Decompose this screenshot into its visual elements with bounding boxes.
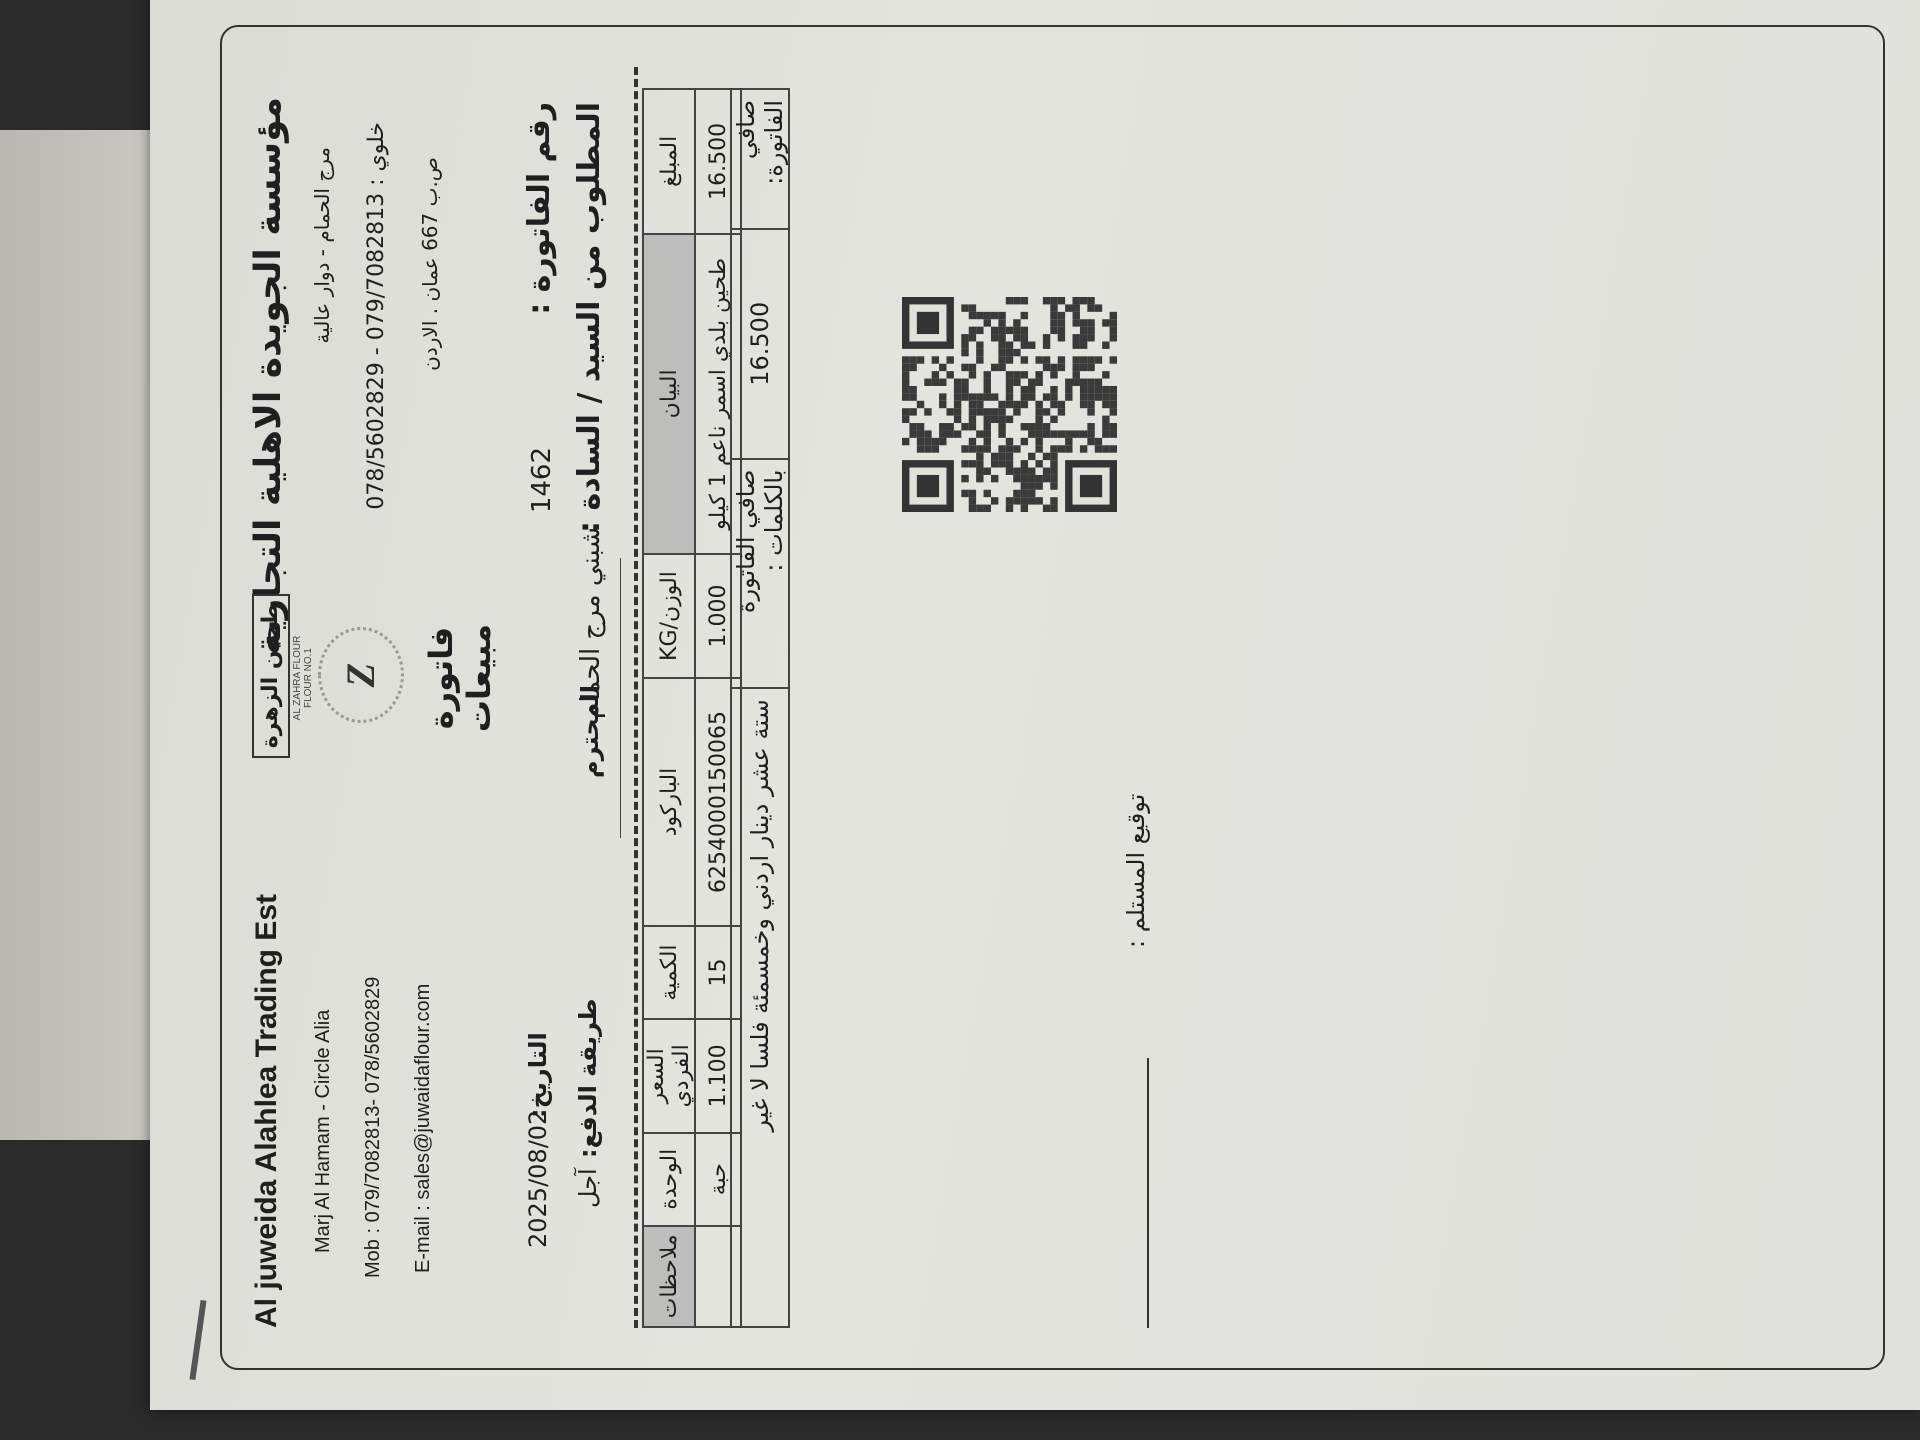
col-notes: ملاحظات xyxy=(643,1226,695,1327)
net-total: 16.500 xyxy=(731,229,789,459)
payment-method-label: طريقة الدفع: xyxy=(574,998,602,1158)
company-email-en: E-mail : sales@juwaidaflour.com xyxy=(412,984,435,1273)
col-unit-price: السعر الفردي xyxy=(643,1019,695,1133)
invoice-date: 2025/08/02 xyxy=(524,1110,552,1248)
logo-brand-en-text: AL ZAHRA FLOUR xyxy=(292,636,303,721)
company-name-ar: مؤسسة الجويدة الاهلية التجارية xyxy=(248,97,289,655)
col-barcode: الباركود xyxy=(643,678,695,926)
customer-underline xyxy=(620,558,621,838)
table-header-row: المبلغ البيان الوزن/KG الباركود الكمية ا… xyxy=(643,89,695,1327)
customer-label: المطلوب من السيد / السادة : xyxy=(572,102,607,533)
brand-logo: طحين الزهرة AL ZAHRA FLOUR FLOUR NO.1 Z xyxy=(252,578,402,778)
receiver-signature-label: توقيع المستلم : xyxy=(1122,794,1150,948)
company-phones-ar: خلوي : 079/7082813 - 078/5602829 xyxy=(364,122,389,510)
logo-sub-text: FLOUR NO.1 xyxy=(303,648,314,708)
company-address-en: Marj Al Hamam - Circle Alia xyxy=(312,1010,335,1253)
payment-method: آجل xyxy=(574,1168,602,1208)
col-amount: المبلغ xyxy=(643,89,695,234)
date-label: التاريخ: xyxy=(524,1032,552,1118)
background-paper-left xyxy=(0,130,160,1140)
totals-row: صافي الفاتورة: 16.500 صافي الفاتورة بالك… xyxy=(731,89,789,1327)
qr-code-icon xyxy=(902,297,1117,512)
invoice-number: 1462 xyxy=(527,447,557,513)
document-title: فاتورة مبيعات xyxy=(422,588,498,768)
net-total-label: صافي الفاتورة: xyxy=(731,89,789,229)
invoice-page: مؤسسة الجويدة الاهلية التجارية مرج الحما… xyxy=(220,25,1885,1370)
net-total-words-label: صافي الفاتورة بالكلمات : xyxy=(731,459,789,689)
totals-table: صافي الفاتورة: 16.500 صافي الفاتورة بالك… xyxy=(730,88,790,1328)
signature-line xyxy=(1147,1058,1149,1328)
company-name-en: Al juweida Alahlea Trading Est xyxy=(250,894,284,1328)
col-unit: الوحدة xyxy=(643,1133,695,1226)
separator-dashed xyxy=(634,67,638,1328)
company-mobile-en: Mob : 079/7082813- 078/5602829 xyxy=(362,977,385,1278)
wheat-wreath-icon: Z xyxy=(318,627,404,723)
col-description: البيان xyxy=(643,234,695,554)
logo-brand-ar: طحين الزهرة xyxy=(252,594,290,758)
col-quantity: الكمية xyxy=(643,926,695,1019)
net-total-words: ستة عشر دينار اردني وخمسمئة فلسا لا غير xyxy=(731,688,789,1327)
respected-label: المحترم xyxy=(576,685,604,778)
logo-brand-en: AL ZAHRA FLOUR FLOUR NO.1 xyxy=(292,598,314,758)
company-pobox-ar: ص.ب 667 عمان . الاردن xyxy=(418,157,442,371)
invoice-number-label: رقم الفاتورة : xyxy=(522,102,557,315)
col-weight: الوزن/KG xyxy=(643,554,695,678)
items-table: المبلغ البيان الوزن/KG الباركود الكمية ا… xyxy=(642,88,742,1328)
company-address-ar: مرج الحمام - دوار عالية xyxy=(310,147,334,344)
